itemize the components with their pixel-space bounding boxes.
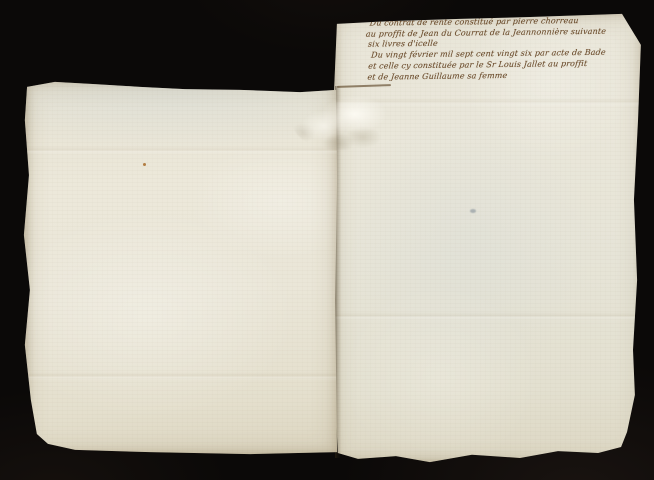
rust-speck xyxy=(143,163,146,166)
embossed-seal xyxy=(293,92,396,150)
crease-line xyxy=(330,312,644,321)
ink-underline xyxy=(337,84,391,87)
left-page xyxy=(22,80,338,459)
right-page: Du contrat de rente constitué par pierre… xyxy=(330,12,644,468)
ink-smudge xyxy=(470,209,476,213)
scanned-document: Du contrat de rente constitué par pierre… xyxy=(0,0,654,480)
handwritten-annotation: Du contrat de rente constitué par pierre… xyxy=(366,15,641,83)
crease-line xyxy=(22,146,338,155)
crease-line xyxy=(22,372,338,381)
paper-texture xyxy=(22,80,338,459)
